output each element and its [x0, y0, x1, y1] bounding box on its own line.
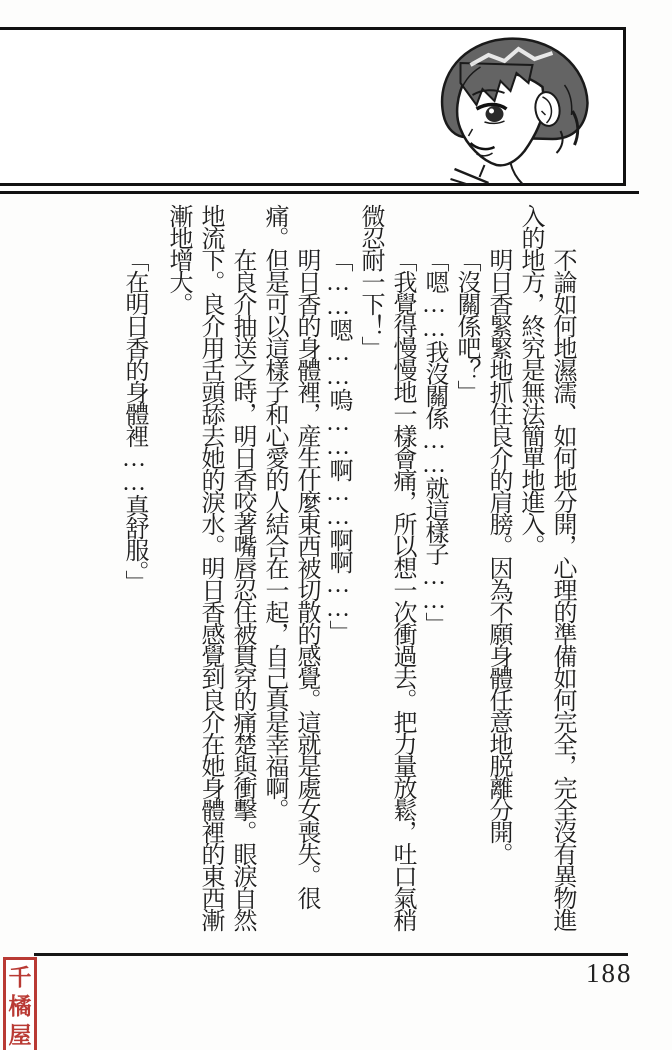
paragraph-3-dialogue: 「沒關係吧？」 — [450, 204, 482, 949]
paragraph-6-dialogue: 「……嗯……嗚……啊……啊啊……」 — [322, 204, 354, 949]
novel-text: 不論如何地濕濡、如何地分開，心理的準備如何完全，完全沒有異物進入的地方，終究是無… — [118, 204, 578, 949]
paragraph-1: 不論如何地濕濡、如何地分開，心理的準備如何完全，完全沒有異物進入的地方，終究是無… — [514, 204, 578, 949]
paragraph-4-dialogue: 「嗯……我沒關係……就這樣子……」 — [418, 204, 450, 949]
panel-underline — [0, 191, 639, 194]
character-face-illustration — [412, 35, 602, 185]
seal-char-2: 橘 — [9, 992, 32, 1021]
footer-rule — [34, 953, 628, 956]
book-page: 不論如何地濕濡、如何地分開，心理的準備如何完全，完全沒有異物進入的地方，終究是無… — [0, 0, 672, 1050]
paragraph-7: 明日香的身體裡，産生什麼東西被切散的感覺。這就是處女喪失。很痛。但是可以這樣子和… — [258, 204, 322, 949]
paragraph-9-dialogue: 「在明日香的身體裡……真舒服。」 — [118, 204, 150, 949]
publisher-seal: 千 橘 屋 — [3, 957, 37, 1050]
paragraph-8: 在良介抽送之時，明日香咬著嘴唇忍住被貫穿的痛楚與衝擊。眼淚自然地流下。良介用舌頭… — [162, 204, 258, 949]
manga-panel — [0, 27, 626, 186]
seal-char-1: 千 — [9, 963, 32, 992]
page-number: 188 — [586, 958, 633, 989]
paragraph-5-dialogue: 「我覺得慢慢地一樣會痛，所以想一次衝過去。把力量放鬆，吐口氣稍微忍耐一下！」 — [354, 204, 418, 949]
paragraph-2: 明日香緊緊地抓住良介的肩膀。因為不願身體任意地脱離分開。 — [482, 204, 514, 949]
seal-char-3: 屋 — [9, 1021, 32, 1050]
